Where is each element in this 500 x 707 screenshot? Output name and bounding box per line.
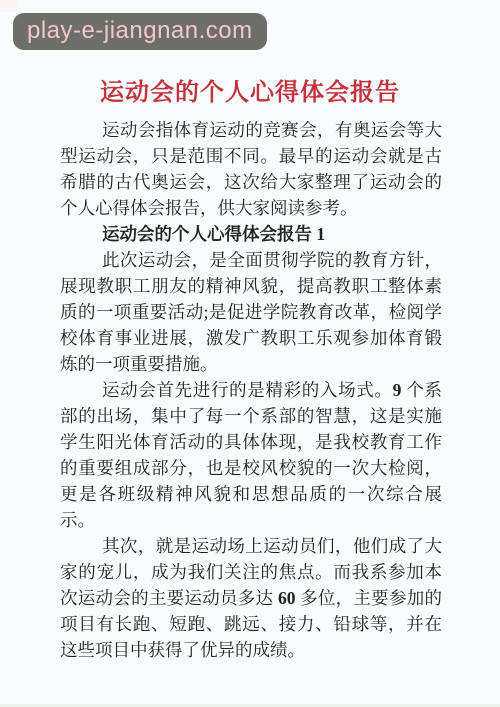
paragraph-2: 运动会首先进行的是精彩的入场式。9 个系部的出场，集中了每一个系部的智慧，这是实… bbox=[60, 377, 442, 533]
paragraph-2-text-before: 运动会首先进行的是精彩的入场式。 bbox=[102, 380, 393, 400]
paragraph-2-number: 9 bbox=[393, 380, 402, 400]
paragraph-intro: 运动会指体育运动的竞赛会，有奥运会等大型运动会，只是范围不同。最早的运动会就是古… bbox=[60, 117, 442, 221]
watermark-text: play-e-jiangnan.com bbox=[27, 17, 253, 44]
paragraph-2-text-after: 个系部的出场，集中了每一个系部的智慧，这是实施学生阳光体育活动的具体体现，是我校… bbox=[60, 380, 442, 530]
paragraph-3: 其次，就是运动场上运动员们，他们成了大家的宠儿，成为我们关注的焦点。而我系参加本… bbox=[60, 533, 442, 663]
paragraph-1: 此次运动会，是全面贯彻学院的教育方针，展现教职工朋友的精神风貌，提高教职工整体素… bbox=[60, 247, 442, 377]
corner-artifact bbox=[0, 0, 18, 12]
document-page: play-e-jiangnan.com 运动会的个人心得体会报告 运动会指体育运… bbox=[0, 0, 500, 707]
article-body: 运动会指体育运动的竞赛会，有奥运会等大型运动会，只是范围不同。最早的运动会就是古… bbox=[60, 117, 442, 663]
paragraph-subheading: 运动会的个人心得体会报告 1 bbox=[60, 221, 442, 247]
watermark-badge: play-e-jiangnan.com bbox=[13, 13, 267, 50]
paragraph-3-number: 60 bbox=[278, 588, 296, 608]
